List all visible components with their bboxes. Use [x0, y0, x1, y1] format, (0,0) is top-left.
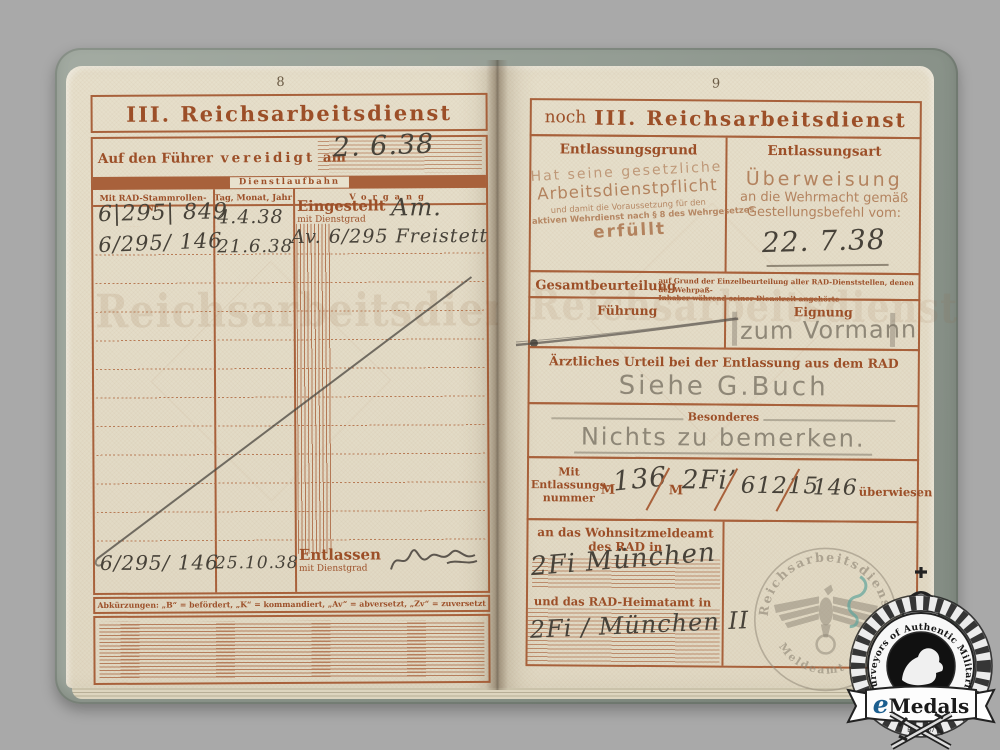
ueberwiesen-label: überwiesen: [859, 485, 933, 500]
discharge-number-4: 146: [813, 475, 858, 500]
discharge-number-label: Mit Entlassungs- nummer: [531, 465, 607, 505]
fulfilled-duty-stamp: Hat seine gesetzliche Arbeitsdienstpflic…: [529, 159, 727, 246]
conduct-aptitude-section: Führung Eignung zum Vormann: [528, 296, 920, 351]
discharge-type-header: Entlassungsart: [729, 143, 919, 160]
discharge-reason-header: Entlassungsgrund: [531, 141, 725, 159]
right-title-box: noch III. Reichsarbeitsdienst: [530, 98, 922, 139]
discharge-number-1: 136: [612, 461, 669, 497]
discharge-number-3: 61215: [741, 473, 819, 500]
pencil-strike-line: [93, 137, 488, 593]
right-page-number: 9: [498, 75, 934, 93]
right-title: III. Reichsarbeitsdienst: [594, 106, 907, 132]
medical-section: Ärztliches Urteil bei der Entlassung aus…: [528, 346, 920, 407]
photograph-of-rad-service-book: 8 III. Reichsarbeitsdienst Reichsarbeits…: [0, 0, 1000, 750]
left-page: 8 III. Reichsarbeitsdienst Reichsarbeits…: [66, 66, 498, 688]
transfer-date-handwritten: 22. 7.38: [728, 222, 919, 260]
wehrmacht-transfer-stamp: Überweisung an die Wehrmacht gemäß Geste…: [729, 168, 919, 221]
lined-notes-block: [93, 614, 490, 685]
left-title-box: III. Reichsarbeitsdienst: [91, 93, 488, 133]
abbreviations-bar: Abkürzungen: „B“ = befördert, „K“ = komm…: [93, 595, 490, 614]
left-page-number: 8: [64, 74, 496, 91]
emedals-watermark-badge: Purveyors of Authentic Militaria eMedals…: [836, 566, 1000, 750]
medical-header: Ärztliches Urteil bei der Entlassung aus…: [530, 353, 918, 371]
right-title-prefix: noch: [545, 107, 587, 127]
abbreviations-text: Abkürzungen: „B“ = befördert, „K“ = komm…: [95, 597, 488, 612]
pencil-strike-line: [530, 298, 922, 353]
nothing-to-note-stamp: Nichts zu bemerken.: [529, 422, 917, 453]
registry-cell: an das Wohnsitzmeldeamt des RAD in 2Fi M…: [527, 520, 724, 666]
left-title: III. Reichsarbeitsdienst: [126, 100, 452, 127]
remarks-section: Besonderes Nichts zu bemerken.: [527, 402, 919, 461]
discharge-section: Entlassungsgrund Hat seine gesetzliche A…: [529, 134, 922, 275]
discharge-reason-cell: Entlassungsgrund Hat seine gesetzliche A…: [531, 136, 728, 272]
ruled-lines: [99, 620, 484, 679]
discharge-number-section: Mit Entlassungs- nummer M 136 M 2Fi’ 612…: [527, 456, 919, 523]
logo-brand-text: eMedals: [873, 690, 970, 719]
handwritten-underline: [767, 264, 889, 267]
registry-line2: und das RAD-Heimatamt in: [534, 594, 711, 609]
service-record-table: Reichsarbeitsdienst Auf den Führer verei…: [91, 135, 490, 595]
overall-assessment-label: Gesamtbeurteilung: [535, 278, 676, 294]
discharge-type-cell: Entlassungsart Überweisung an die Wehrma…: [729, 138, 920, 273]
siehe-gbuch-stamp: Siehe G.Buch: [530, 370, 918, 403]
